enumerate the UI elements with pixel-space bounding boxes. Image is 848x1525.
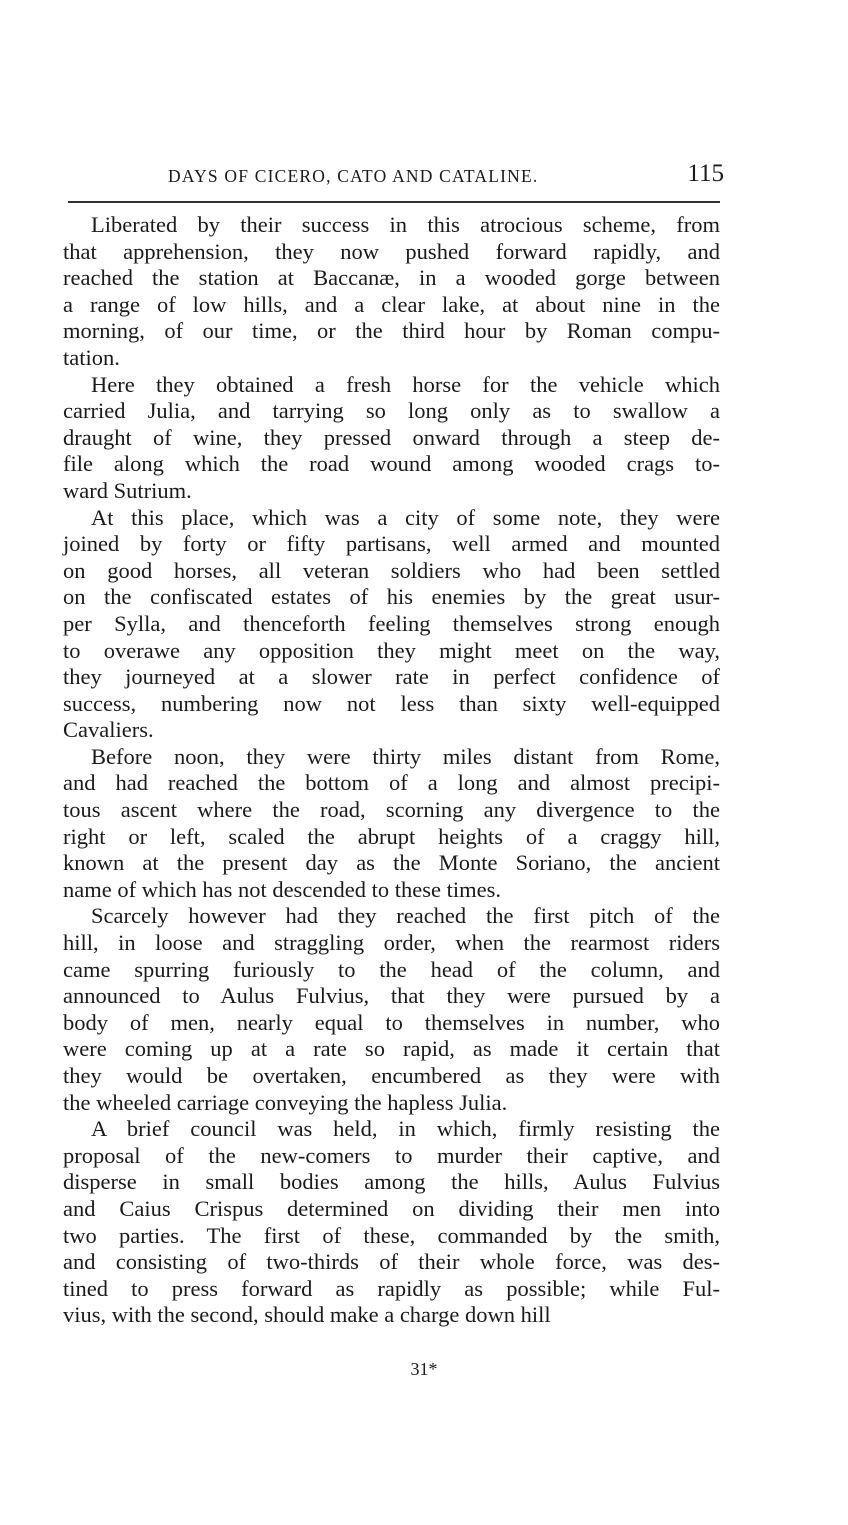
paragraph-line: known at the present day as the Monte So… [63, 850, 720, 877]
paragraph-line: were coming up at a rate so rapid, as ma… [63, 1036, 720, 1063]
paragraph-line: on the confiscated estates of his enemie… [63, 584, 720, 611]
paragraph-line: body of men, nearly equal to themselves … [63, 1010, 720, 1037]
paragraph-line: morning, of our time, or the third hour … [63, 318, 720, 345]
header-rule [68, 201, 720, 203]
paragraph-line: and Caius Crispus determined on dividing… [63, 1196, 720, 1223]
paragraph-line: and consisting of two-thirds of their wh… [63, 1249, 720, 1276]
paragraph-line: name of which has not descended to these… [63, 877, 720, 904]
paragraph-line: success, numbering now not less than six… [63, 691, 720, 718]
paragraph-line: announced to Aulus Fulvius, that they we… [63, 983, 720, 1010]
running-head: DAYS OF CICERO, CATO AND CATALINE. 115 [64, 160, 720, 200]
paragraph-line: ward Sutrium. [63, 478, 720, 505]
paragraph-first-line: Before noon, they were thirty miles dist… [63, 744, 720, 771]
paragraph-line: they would be overtaken, encumbered as t… [63, 1063, 720, 1090]
paragraph-line: tined to press forward as rapidly as pos… [63, 1276, 720, 1303]
paragraph-first-line: Here they obtained a fresh horse for the… [63, 372, 720, 399]
paragraph-line: to overawe any opposition they might mee… [63, 638, 720, 665]
paragraph-line: they journeyed at a slower rate in perfe… [63, 664, 720, 691]
paragraph-line: Cavaliers. [63, 717, 720, 744]
paragraph-line: disperse in small bodies among the hills… [63, 1169, 720, 1196]
paragraph-line: reached the station at Baccanæ, in a woo… [63, 265, 720, 292]
paragraph-line: joined by forty or fifty partisans, well… [63, 531, 720, 558]
paragraph-line: vius, with the second, should make a cha… [63, 1302, 720, 1329]
paragraph-line: two parties. The first of these, command… [63, 1223, 720, 1250]
paragraph-line: the wheeled carriage conveying the haple… [63, 1090, 720, 1117]
paragraph-line: on good horses, all veteran soldiers who… [63, 558, 720, 585]
paragraph-first-line: Scarcely however had they reached the fi… [63, 903, 720, 930]
page-number: 115 [687, 160, 724, 188]
paragraph-line: draught of wine, they pressed onward thr… [63, 425, 720, 452]
running-title: DAYS OF CICERO, CATO AND CATALINE. [168, 166, 538, 187]
book-page: DAYS OF CICERO, CATO AND CATALINE. 115 L… [0, 0, 848, 1525]
paragraph-first-line: Liberated by their success in this atroc… [63, 212, 720, 239]
paragraph-line: hill, in loose and straggling order, whe… [63, 930, 720, 957]
paragraph-line: carried Julia, and tarrying so long only… [63, 398, 720, 425]
signature-mark: 31* [0, 1359, 848, 1380]
paragraph-line: and had reached the bottom of a long and… [63, 770, 720, 797]
paragraph-line: tation. [63, 345, 720, 372]
paragraph-line: a range of low hills, and a clear lake, … [63, 292, 720, 319]
paragraph-line: tous ascent where the road, scorning any… [63, 797, 720, 824]
paragraph-line: that apprehension, they now pushed forwa… [63, 239, 720, 266]
paragraph-line: file along which the road wound among wo… [63, 451, 720, 478]
paragraph-line: right or left, scaled the abrupt heights… [63, 824, 720, 851]
body-text: Liberated by their success in this atroc… [63, 212, 720, 1329]
paragraph-line: per Sylla, and thenceforth feeling thems… [63, 611, 720, 638]
paragraph-line: proposal of the new-comers to murder the… [63, 1143, 720, 1170]
paragraph-line: came spurring furiously to the head of t… [63, 957, 720, 984]
paragraph-first-line: A brief council was held, in which, firm… [63, 1116, 720, 1143]
paragraph-first-line: At this place, which was a city of some … [63, 505, 720, 532]
